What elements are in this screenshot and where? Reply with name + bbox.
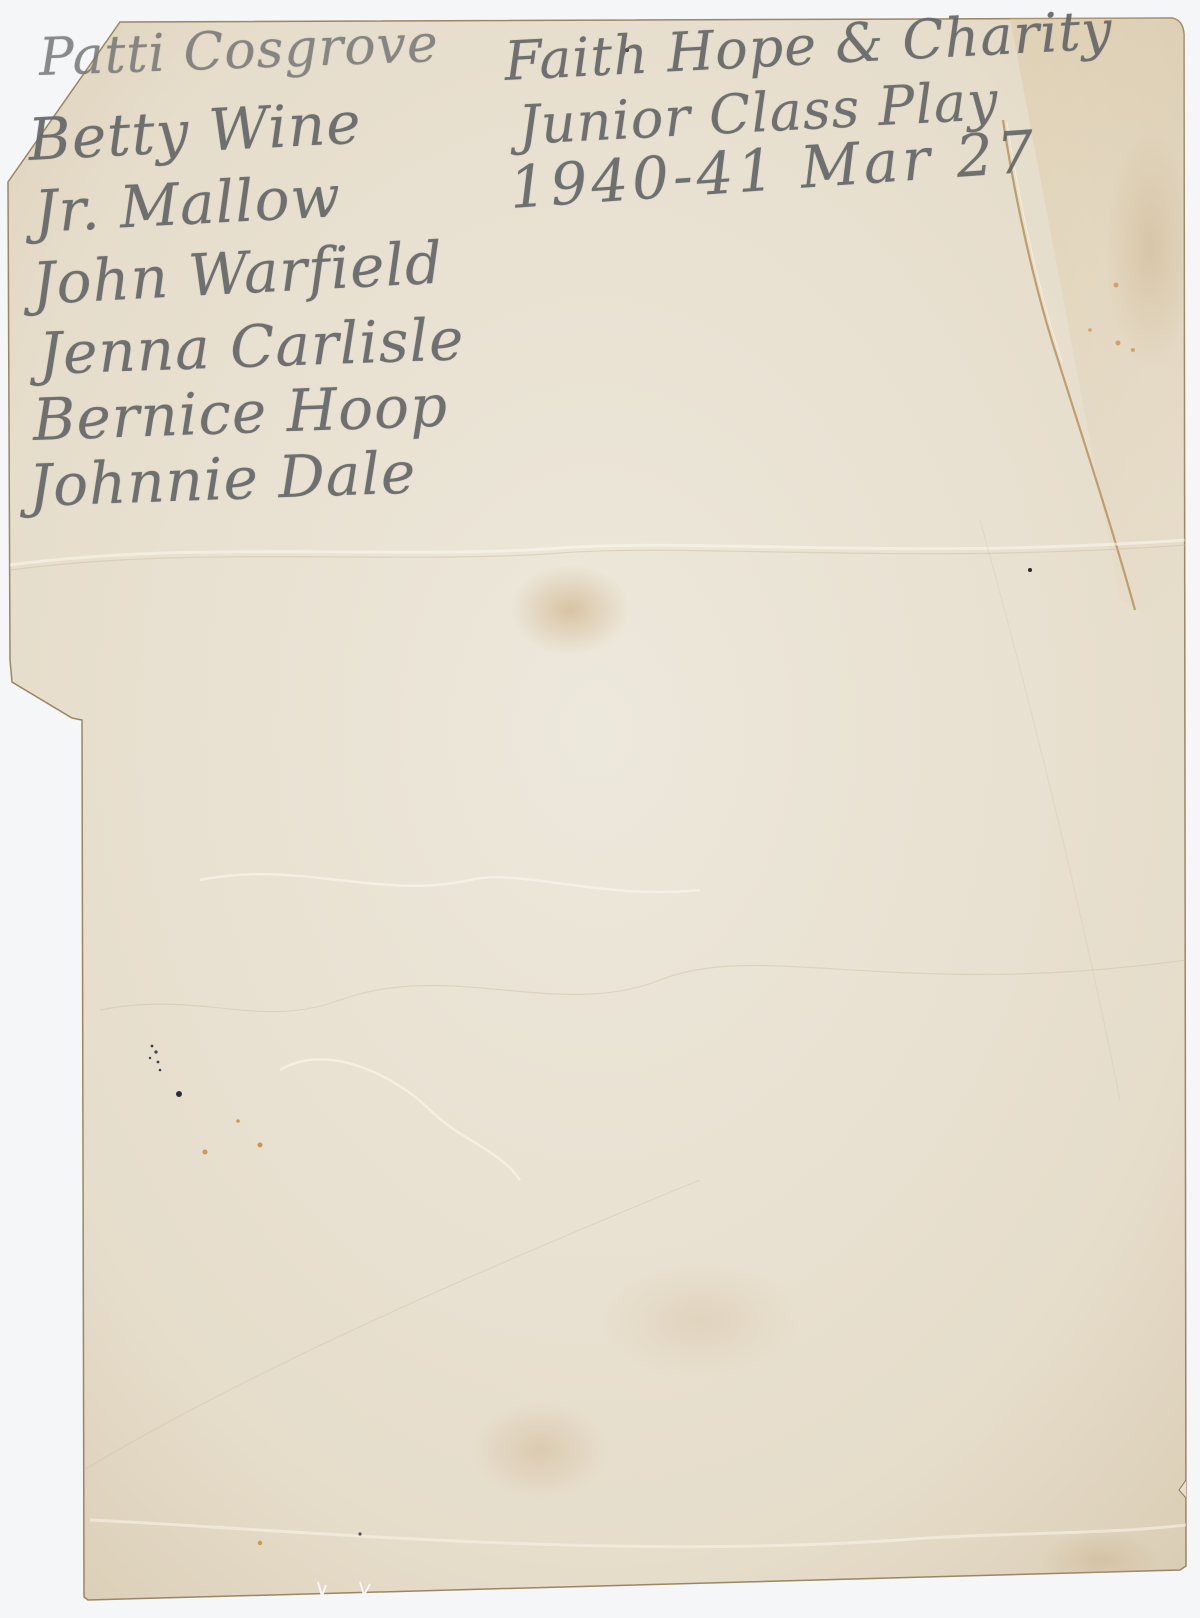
stain: [510, 565, 630, 655]
name-item: Johnnie Dale: [28, 439, 418, 520]
